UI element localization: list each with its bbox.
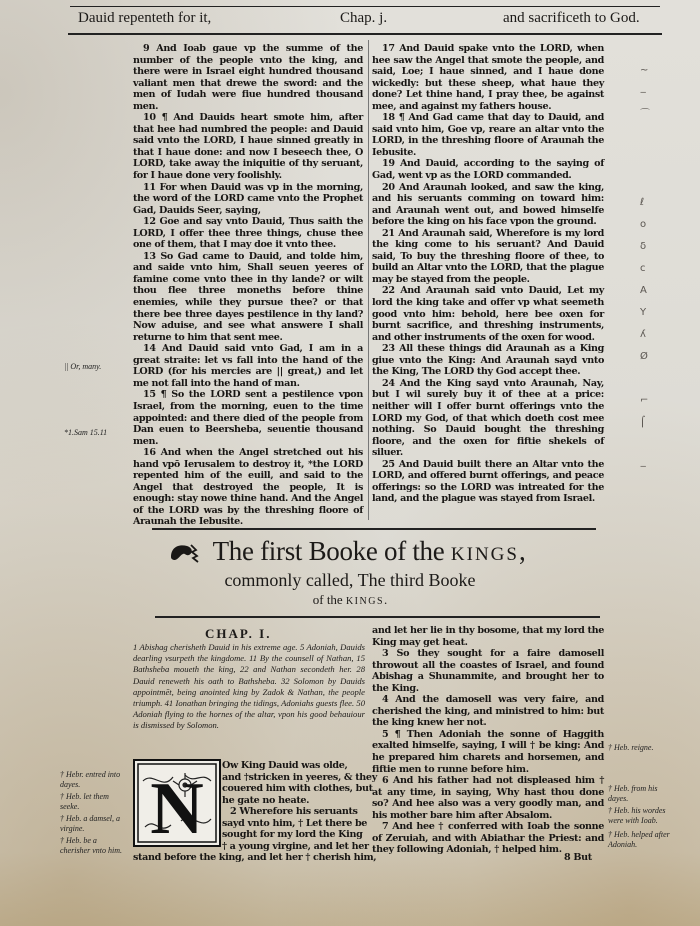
verse: 20 And Araunah looked, and saw the king,… xyxy=(372,182,604,228)
verse: 13 So Gad came to Dauid, and tolde him, … xyxy=(133,251,363,343)
verse: 24 And the King sayd vnto Araunah, Nay, … xyxy=(372,378,604,459)
verse: 23 All these things did Araunah as a Kin… xyxy=(372,343,604,378)
margin-note: † Heb. his wordes were with Ioab. xyxy=(608,806,678,826)
verse: 9 And Ioab gaue vp the summe of the numb… xyxy=(133,43,363,112)
margin-note: † Heb. let them seeke. xyxy=(60,792,124,812)
verse: 14 And Dauid said vnto Gad, I am in a gr… xyxy=(133,343,363,389)
chapter-right-column: and let her lie in thy bosome, that my l… xyxy=(372,625,604,856)
verse-line: sought for my lord the King xyxy=(222,829,365,841)
verse: 6 And his father had not displeased him … xyxy=(372,775,604,821)
ornamental-n-icon: N xyxy=(135,761,219,845)
drop-cap-initial: N xyxy=(133,759,221,847)
verse: 16 And when the Angel stretched out his … xyxy=(133,447,363,528)
svg-text:N: N xyxy=(150,768,203,845)
chapter-heading: CHAP. I. xyxy=(205,626,271,642)
verse-line: † a young virgine, and let her xyxy=(222,841,365,853)
verse: 19 And Dauid, according to the saying of… xyxy=(372,158,604,181)
running-head-left: Dauid repenteth for it, xyxy=(78,10,211,27)
verse: 12 Goe and say vnto Dauid, Thus saith th… xyxy=(133,216,363,251)
margin-note: † Heb. reigne. xyxy=(608,743,678,753)
margin-note: † Heb. be a cherisher vnto him. xyxy=(60,836,124,856)
verse: 22 And Araunah said vnto Dauid, Let my l… xyxy=(372,285,604,343)
verse: 25 And Dauid built there an Altar vnto t… xyxy=(372,459,604,505)
catchword: 8 But xyxy=(564,852,592,864)
header-top-rule xyxy=(70,6,660,7)
verse-line: and †stricken in yeeres, & they xyxy=(222,772,365,784)
column-divider xyxy=(368,40,369,520)
verse: 3 So they sought for a faire damosell th… xyxy=(372,648,604,694)
verse: 21 And Araunah said, Wherefore is my lor… xyxy=(372,228,604,286)
verse-line: he gate no heate. xyxy=(222,795,365,807)
verse-line: Ow King Dauid was olde, xyxy=(222,760,365,772)
verse: 15 ¶ So the LORD sent a pestilence vpon … xyxy=(133,389,363,447)
verse: 18 ¶ And Gad came that day to Dauid, and… xyxy=(372,112,604,158)
verse: 10 ¶ And Dauids heart smote him, after t… xyxy=(133,112,363,181)
verse: and let her lie in thy bosome, that my l… xyxy=(372,625,604,648)
title-top-rule xyxy=(152,528,596,530)
margin-note: † Heb. a damsel, a virgine. xyxy=(60,814,124,834)
chapter-summary: 1 Abishag cherisheth Dauid in his extrem… xyxy=(133,642,365,732)
verse-1-beside-initial: Ow King Dauid was olde,and †stricken in … xyxy=(222,760,365,852)
verse-line: sayd vnto him, † Let there be xyxy=(222,818,365,830)
book-title-line1: The first Booke of the KINGS, xyxy=(0,536,700,567)
verse-2-continuation: stand before the king, and let her † che… xyxy=(133,852,365,864)
lower-left-margin-notes: † Hebr. entred into dayes.† Heb. let the… xyxy=(60,770,124,858)
verse: 17 And Dauid spake vnto the LORD, when h… xyxy=(372,43,604,112)
title-bottom-rule xyxy=(155,616,600,618)
verse-line: 2 Wherefore his seruants xyxy=(222,806,365,818)
verse-line: couered him with clothes, but xyxy=(222,783,365,795)
verse: 5 ¶ Then Adoniah the sonne of Haggith ex… xyxy=(372,729,604,775)
verse: 4 And the damosell was very faire, and c… xyxy=(372,694,604,729)
upper-left-column: 9 And Ioab gaue vp the summe of the numb… xyxy=(133,43,363,528)
margin-note: † Hebr. entred into dayes. xyxy=(60,770,124,790)
upper-right-column: 17 And Dauid spake vnto the LORD, when h… xyxy=(372,43,604,505)
book-title-line2: commonly called, The third Booke xyxy=(0,570,700,591)
handwritten-marginalia: ~‒⌒ℓοδϲAYʎØ⌐⌠‒ xyxy=(640,60,650,478)
book-title-line3: of the KINGS. xyxy=(0,592,700,608)
header-bottom-rule xyxy=(68,33,662,35)
margin-note: *1.Sam 15.11 xyxy=(64,428,107,438)
running-head-center: Chap. j. xyxy=(340,10,387,27)
margin-note: † Heb. helped after Adoniah. xyxy=(608,830,678,850)
verse: 7 And hee † conferred with Ioab the sonn… xyxy=(372,821,604,856)
margin-note: † Heb. from his dayes. xyxy=(608,784,678,804)
margin-note: || Or, many. xyxy=(64,362,101,372)
verse: 11 For when Dauid was vp in the morning,… xyxy=(133,182,363,217)
running-head-right: and sacrificeth to God. xyxy=(503,10,640,27)
